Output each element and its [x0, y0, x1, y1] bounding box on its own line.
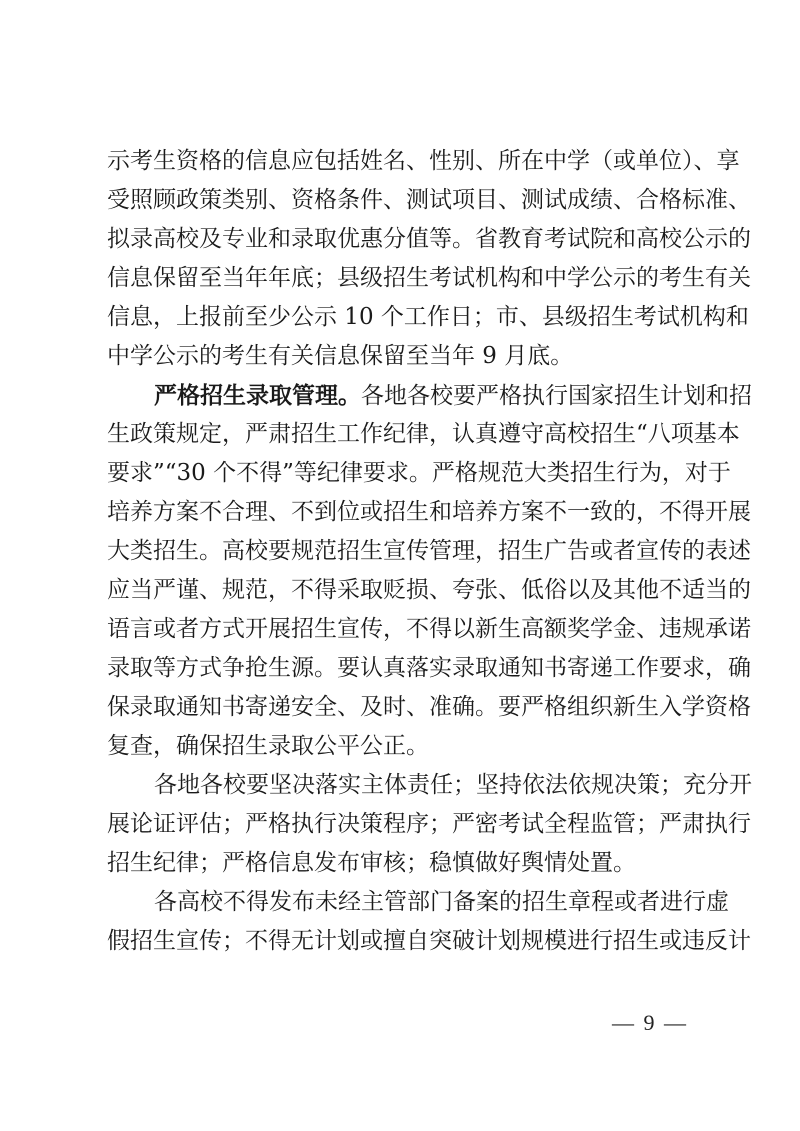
paragraph-info-disclosure: 示考生资格的信息应包括姓名、性别、所在中学（或单位）、享 受照顾政策类别、资格条… — [107, 142, 703, 376]
text-line-first: 严格招生录取管理。各地各校要严格执行国家招生计划和招 — [107, 376, 703, 415]
text-line: 录取等方式争抢生源。要认真落实录取通知书寄递工作要求，确 — [107, 649, 703, 688]
paragraph-prohibitions: 各高校不得发布未经主管部门备案的招生章程或者进行虚 假招生宣传；不得无计划或擅自… — [107, 883, 703, 961]
text-line: 示考生资格的信息应包括姓名、性别、所在中学（或单位）、享 — [107, 142, 703, 181]
paragraph-heading: 严格招生录取管理。 — [154, 382, 361, 409]
text-line: 应当严谨、规范，不得采取贬损、夸张、低俗以及其他不适当的 — [107, 571, 703, 610]
text-line: 拟录高校及专业和录取优惠分值等。省教育考试院和高校公示的 — [107, 220, 703, 259]
text-line: 大类招生。高校要规范招生宣传管理，招生广告或者宣传的表述 — [107, 532, 703, 571]
text-line: 要求”“30 个不得”等纪律要求。严格规范大类招生行为，对于 — [107, 454, 703, 493]
text-line-first: 各高校不得发布未经主管部门备案的招生章程或者进行虚 — [107, 883, 703, 922]
text-line: 生政策规定，严肃招生工作纪律，认真遵守高校招生“八项基本 — [107, 415, 703, 454]
text-line: 语言或者方式开展招生宣传，不得以新生高额奖学金、违规承诺 — [107, 610, 703, 649]
paragraph-admission-management: 严格招生录取管理。各地各校要严格执行国家招生计划和招 生政策规定，严肃招生工作纪… — [107, 376, 703, 766]
paragraph-responsibility: 各地各校要坚决落实主体责任；坚持依法依规决策；充分开 展论证评估；严格执行决策程… — [107, 766, 703, 883]
text-line: 假招生宣传；不得无计划或擅自突破计划规模进行招生或违反计 — [107, 922, 703, 961]
page-number: — 9 — — [612, 1010, 688, 1036]
text-run: 各地各校要严格执行国家招生计划和招 — [361, 383, 752, 409]
text-line: 受照顾政策类别、资格条件、测试项目、测试成绩、合格标准、 — [107, 181, 703, 220]
text-line: 信息保留至当年年底；县级招生考试机构和中学公示的考生有关 — [107, 259, 703, 298]
text-line: 展论证评估；严格执行决策程序；严密考试全程监管；严肃执行 — [107, 805, 703, 844]
text-line: 中学公示的考生有关信息保留至当年 9 月底。 — [107, 337, 703, 376]
text-line: 信息，上报前至少公示 10 个工作日；市、县级招生考试机构和 — [107, 298, 703, 337]
text-line: 保录取通知书寄递安全、及时、准确。要严格组织新生入学资格 — [107, 688, 703, 727]
text-line: 复查，确保招生录取公平公正。 — [107, 727, 703, 766]
text-line: 招生纪律；严格信息发布审核；稳慎做好舆情处置。 — [107, 844, 703, 883]
document-page-body: 示考生资格的信息应包括姓名、性别、所在中学（或单位）、享 受照顾政策类别、资格条… — [107, 142, 703, 961]
text-line: 培养方案不合理、不到位或招生和培养方案不一致的，不得开展 — [107, 493, 703, 532]
text-line-first: 各地各校要坚决落实主体责任；坚持依法依规决策；充分开 — [107, 766, 703, 805]
